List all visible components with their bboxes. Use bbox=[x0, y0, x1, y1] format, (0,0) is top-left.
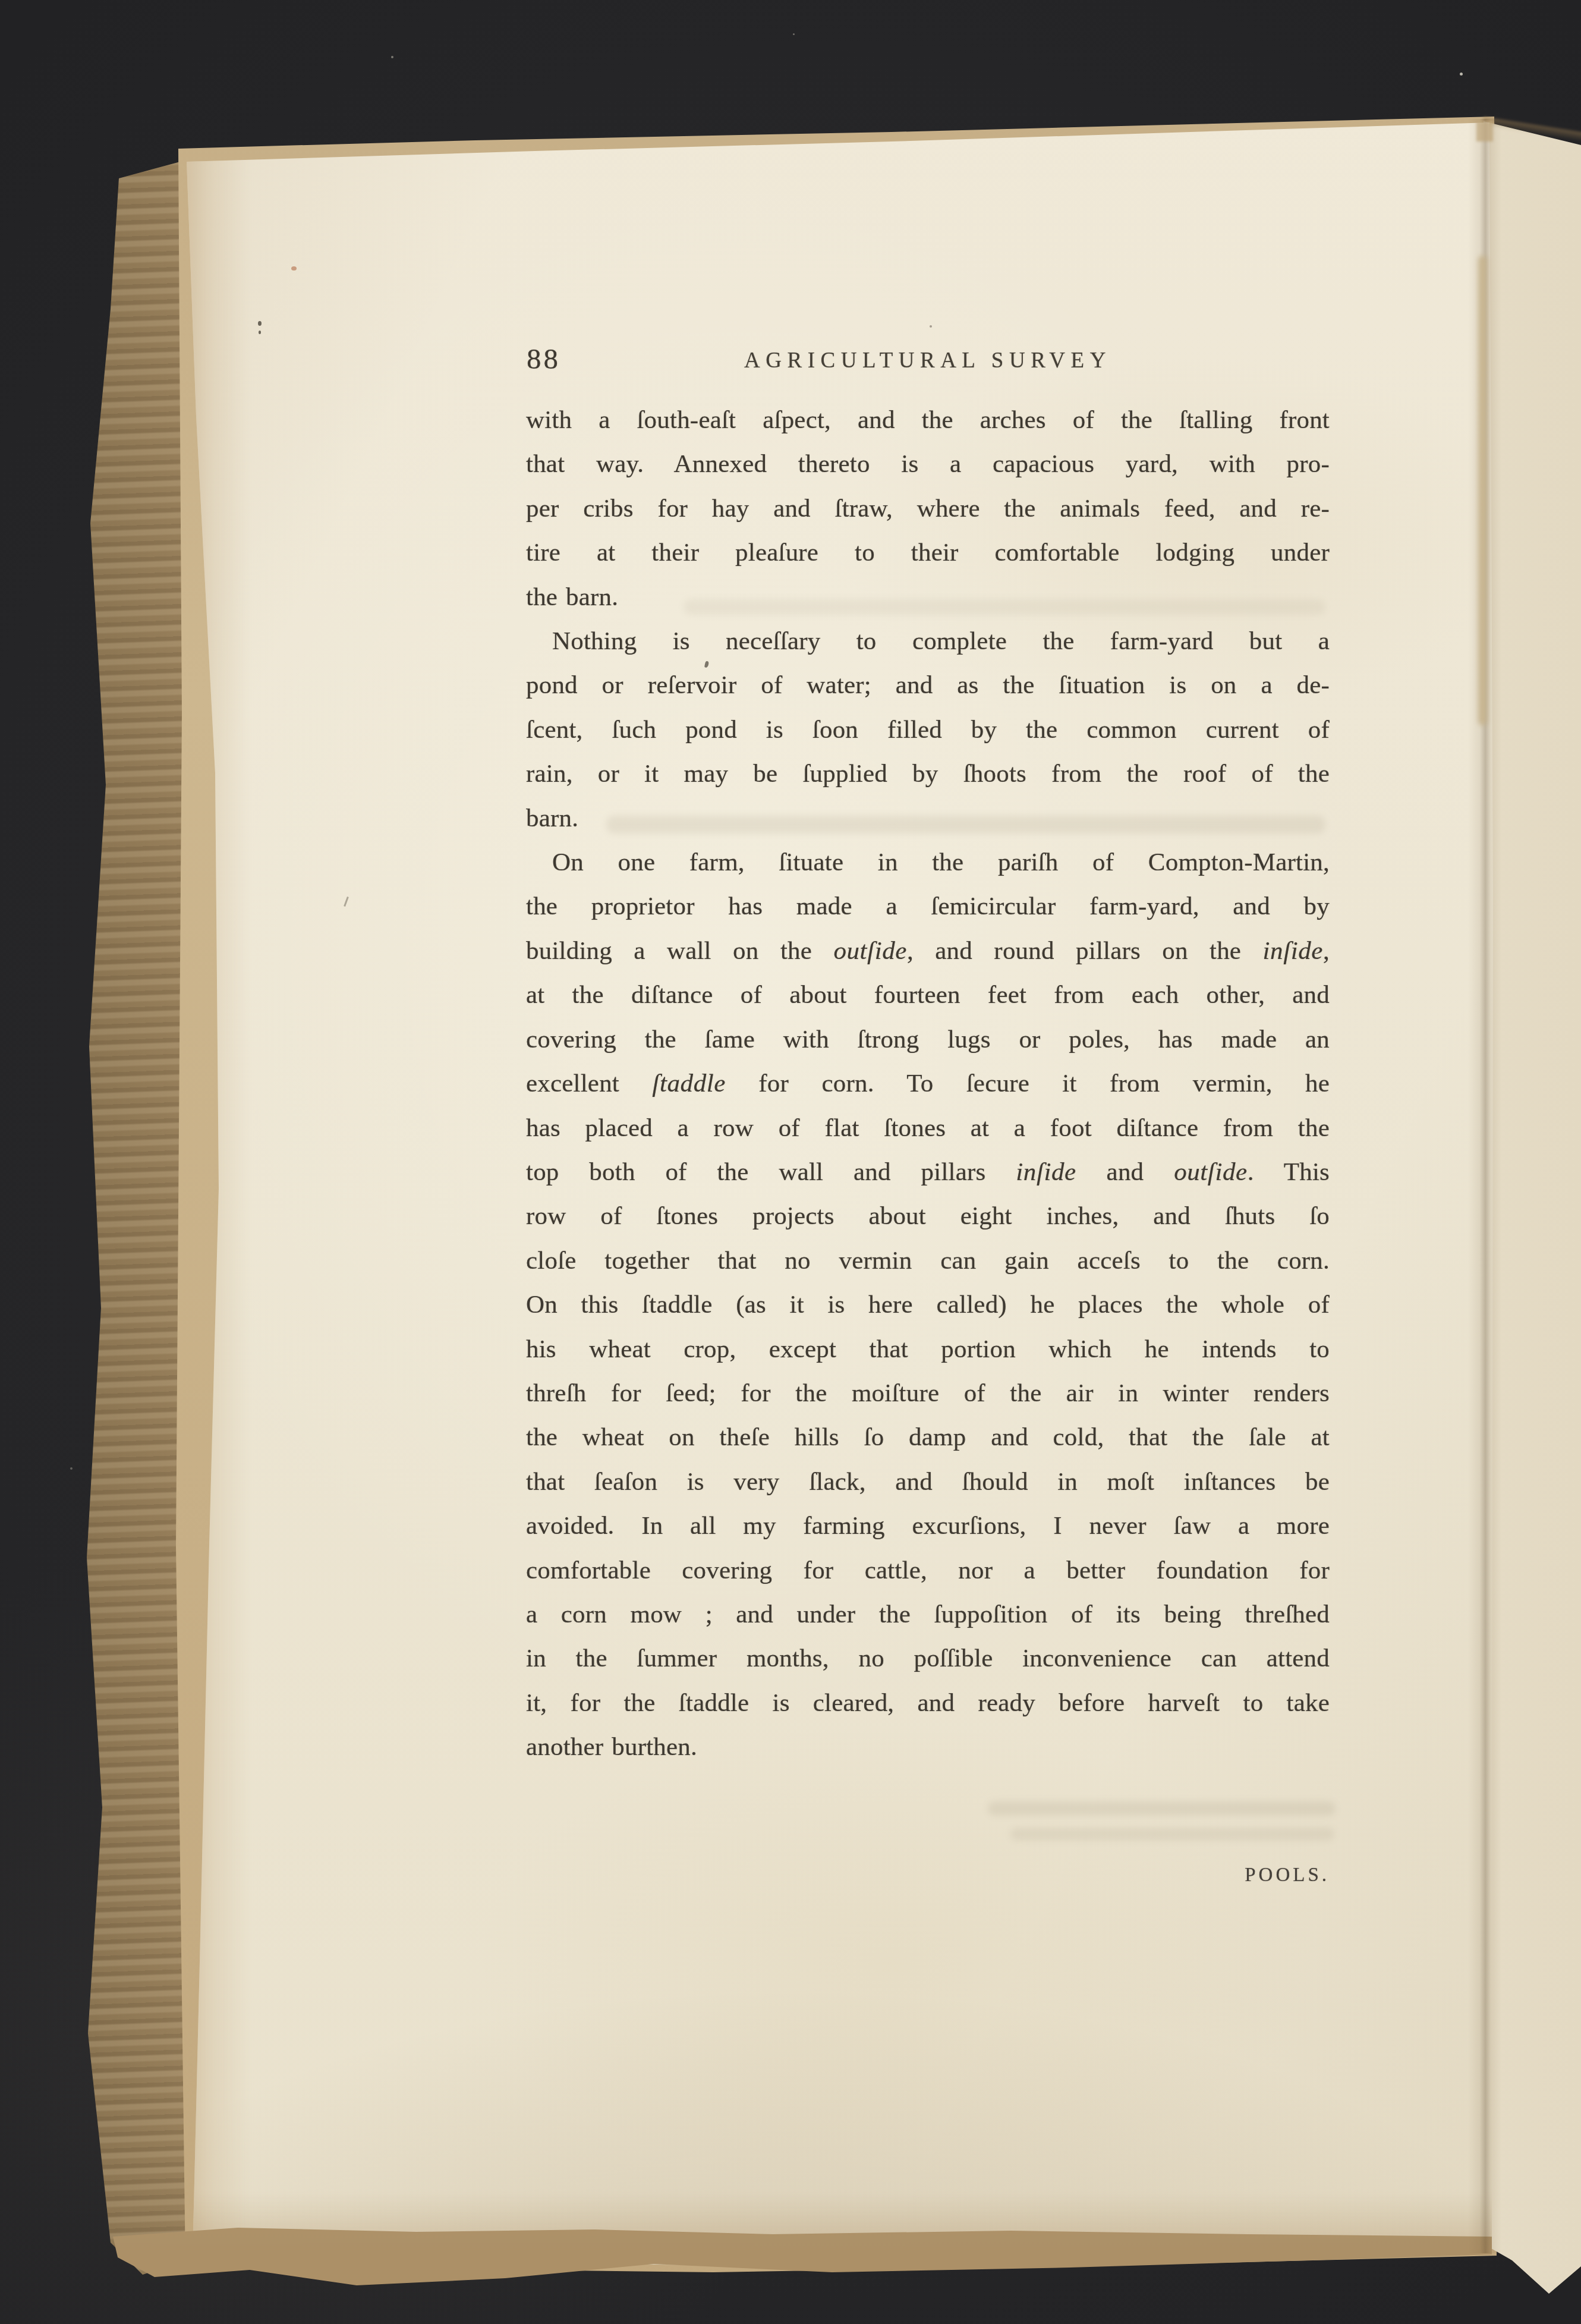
text-line: top both of the wall and pillars inſide … bbox=[526, 1150, 1330, 1194]
book-page: 88 AGRICULTURAL SURVEY with a ſouth-eaſt… bbox=[0, 0, 1581, 2324]
body-text: has placed a row of flat ſtones at a foo… bbox=[526, 1114, 1330, 1142]
text-line: building a wall on the outſide, and roun… bbox=[526, 929, 1330, 973]
text-line: it, for the ſtaddle is cleared, and read… bbox=[526, 1681, 1330, 1725]
showthrough-ghost-line bbox=[1010, 1828, 1334, 1841]
body-text: that way. Annexed thereto is a capacious… bbox=[526, 450, 1330, 478]
text-line: the barn. bbox=[526, 576, 1330, 619]
text-block: with a ſouth-eaſt aſpect, and the arches… bbox=[526, 398, 1330, 1770]
text-line: tire at their pleaſure to their comforta… bbox=[526, 531, 1330, 575]
body-text: covering the ſame with ſtrong lugs or po… bbox=[526, 1026, 1330, 1053]
text-line: that way. Annexed thereto is a capacious… bbox=[526, 442, 1330, 486]
body-text: tire at their pleaſure to their comforta… bbox=[526, 539, 1330, 567]
body-text: for corn. To ſecure it from vermin, he bbox=[726, 1070, 1330, 1097]
page-crease-top bbox=[1476, 121, 1493, 141]
text-line: covering the ſame with ſtrong lugs or po… bbox=[526, 1018, 1330, 1062]
body-text: On one farm, ſituate in the pariſh of Co… bbox=[552, 848, 1330, 876]
text-line: cloſe together that no vermin can gain a… bbox=[526, 1239, 1330, 1283]
text-line: the wheat on theſe hills ſo damp and col… bbox=[526, 1416, 1330, 1460]
body-text: a corn mow ; and under the ſuppoſition o… bbox=[526, 1600, 1330, 1628]
text-line: with a ſouth-eaſt aſpect, and the arches… bbox=[526, 398, 1330, 442]
body-text: , bbox=[1323, 937, 1330, 965]
text-line: row of ſtones projects about eight inche… bbox=[526, 1194, 1330, 1238]
dust-speck bbox=[1460, 73, 1463, 76]
text-line: barn. bbox=[526, 797, 1330, 841]
text-line: ſcent, ſuch pond is ſoon filled by the c… bbox=[526, 708, 1330, 752]
dust-speck bbox=[793, 33, 795, 35]
paper-fleck bbox=[291, 266, 297, 271]
text-line: at the diſtance of about fourteen feet f… bbox=[526, 973, 1330, 1017]
text-line: his wheat crop, except that portion whic… bbox=[526, 1328, 1330, 1372]
ink-speck bbox=[258, 321, 262, 326]
body-text: that ſeaſon is very ſlack, and ſhould in… bbox=[526, 1468, 1330, 1496]
body-text: and bbox=[1076, 1158, 1174, 1186]
text-line: excellent ſtaddle for corn. To ſecure it… bbox=[526, 1062, 1330, 1106]
body-text: top both of the wall and pillars bbox=[526, 1158, 1016, 1186]
text-line: another burthen. bbox=[526, 1725, 1330, 1769]
ink-speck bbox=[930, 325, 932, 328]
text-line: On one farm, ſituate in the pariſh of Co… bbox=[526, 841, 1330, 885]
dust-speck bbox=[391, 56, 393, 58]
body-text: cloſe together that no vermin can gain a… bbox=[526, 1247, 1330, 1275]
catchword: POOLS. bbox=[526, 1863, 1330, 1887]
body-text: On this ſtaddle (as it is here called) h… bbox=[526, 1291, 1330, 1319]
body-text: his wheat crop, except that portion whic… bbox=[526, 1335, 1330, 1363]
italic-text: ſtaddle bbox=[652, 1070, 726, 1097]
italic-text: inſide bbox=[1016, 1158, 1076, 1186]
body-text: avoided. In all my farming excurſions, I… bbox=[526, 1512, 1330, 1540]
body-text: at the diſtance of about fourteen feet f… bbox=[526, 981, 1330, 1009]
text-line: the proprietor has made a ſemicircular f… bbox=[526, 885, 1330, 929]
text-line: On this ſtaddle (as it is here called) h… bbox=[526, 1283, 1330, 1327]
body-text: the proprietor has made a ſemicircular f… bbox=[526, 892, 1330, 920]
showthrough-ghost-line bbox=[988, 1801, 1336, 1816]
body-text: , and round pillars on the bbox=[907, 937, 1263, 965]
text-line: a corn mow ; and under the ſuppoſition o… bbox=[526, 1593, 1330, 1637]
text-line: pond or reſervoir of water; and as the ſ… bbox=[526, 663, 1330, 707]
body-text: pond or reſervoir of water; and as the ſ… bbox=[526, 671, 1330, 699]
text-line: in the ſummer months, no poſſible inconv… bbox=[526, 1637, 1330, 1681]
text-line: has placed a row of flat ſtones at a foo… bbox=[526, 1106, 1330, 1150]
body-text: threſh for ſeed; for the moiſture of the… bbox=[526, 1379, 1330, 1407]
text-line: avoided. In all my farming excurſions, I… bbox=[526, 1504, 1330, 1548]
scanned-book-photo: 88 AGRICULTURAL SURVEY with a ſouth-eaſt… bbox=[0, 0, 1581, 2324]
italic-text: outſide bbox=[1174, 1158, 1248, 1186]
body-text: rain, or it may be ſupplied by ſhoots fr… bbox=[526, 760, 1330, 788]
italic-text: outſide bbox=[833, 937, 907, 965]
body-text: in the ſummer months, no poſſible inconv… bbox=[526, 1644, 1330, 1672]
page-crease-fibers bbox=[1478, 256, 1487, 725]
body-text: Nothing is neceſſary to complete the far… bbox=[552, 627, 1330, 655]
body-text: with a ſouth-eaſt aſpect, and the arches… bbox=[526, 406, 1330, 434]
dust-speck bbox=[70, 1467, 73, 1470]
body-text: another burthen. bbox=[526, 1733, 697, 1761]
text-line: rain, or it may be ſupplied by ſhoots fr… bbox=[526, 752, 1330, 796]
text-line: threſh for ſeed; for the moiſture of the… bbox=[526, 1372, 1330, 1416]
body-text: it, for the ſtaddle is cleared, and read… bbox=[526, 1689, 1330, 1717]
body-text: excellent bbox=[526, 1070, 652, 1097]
body-text: per cribs for hay and ſtraw, where the a… bbox=[526, 495, 1330, 523]
text-line: per cribs for hay and ſtraw, where the a… bbox=[526, 487, 1330, 531]
body-text: barn. bbox=[526, 804, 578, 832]
body-text: building a wall on the bbox=[526, 937, 833, 965]
italic-text: inſide bbox=[1263, 937, 1324, 965]
body-text: the barn. bbox=[526, 583, 618, 611]
body-text: the wheat on theſe hills ſo damp and col… bbox=[526, 1423, 1330, 1451]
text-line: that ſeaſon is very ſlack, and ſhould in… bbox=[526, 1460, 1330, 1504]
body-text: comfortable covering for cattle, nor a b… bbox=[526, 1556, 1330, 1584]
body-text: . This bbox=[1248, 1158, 1330, 1186]
running-header: AGRICULTURAL SURVEY bbox=[526, 347, 1330, 375]
text-line: comfortable covering for cattle, nor a b… bbox=[526, 1549, 1330, 1593]
body-text: row of ſtones projects about eight inche… bbox=[526, 1202, 1330, 1230]
body-text: ſcent, ſuch pond is ſoon filled by the c… bbox=[526, 716, 1330, 744]
text-line: Nothing is neceſſary to complete the far… bbox=[526, 619, 1330, 663]
